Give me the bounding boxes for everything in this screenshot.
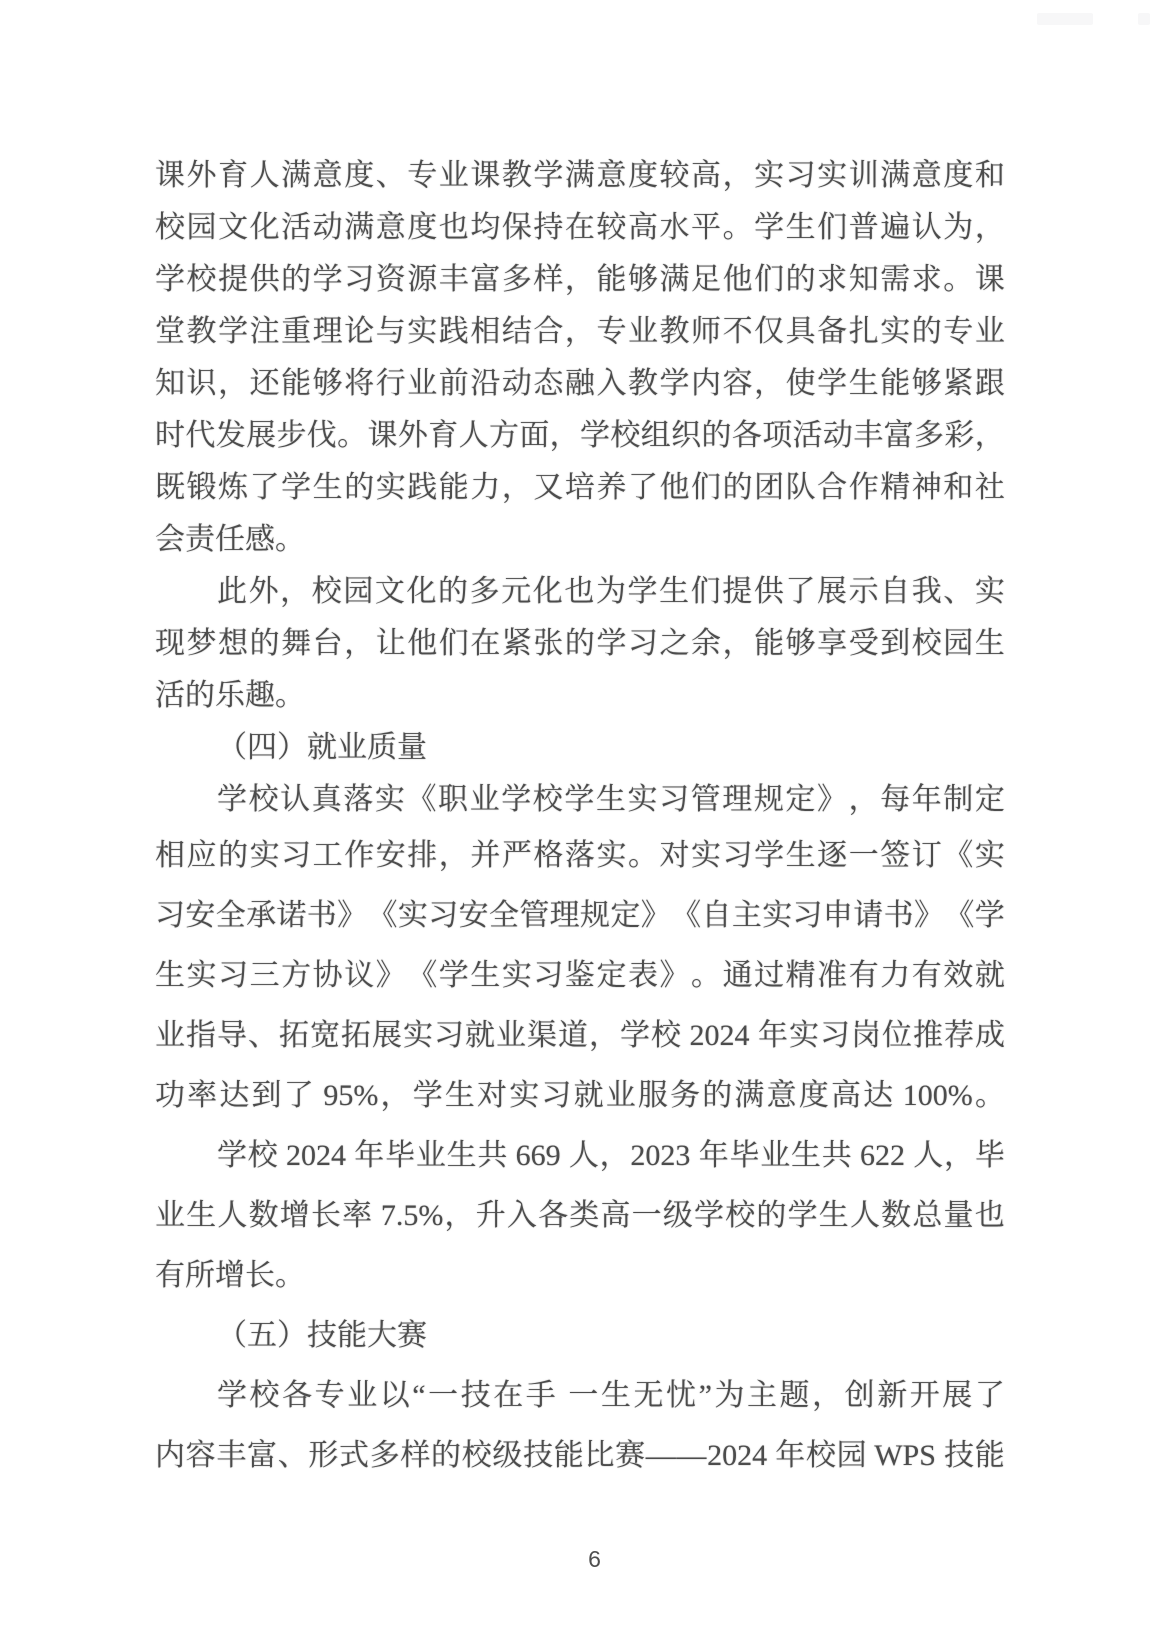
text-line: 课外育人满意度、专业课教学满意度较高，实习实训满意度和 <box>155 150 1005 202</box>
scan-artifact <box>1037 13 1093 25</box>
text-line: 生实习三方协议》《学生实习鉴定表》。通过精准有力有效就 <box>155 946 1005 1006</box>
text-line: 学校各专业以“一技在手 一生无忧”为主题，创新开展了 <box>155 1366 1005 1426</box>
text-line: 业指导、拓宽拓展实习就业渠道，学校 2024 年实习岗位推荐成 <box>155 1006 1005 1066</box>
text-line: 既锻炼了学生的实践能力，又培养了他们的团队合作精神和社 <box>155 462 1005 514</box>
page-number: 6 <box>0 1546 1157 1573</box>
text-line: 习安全承诺书》《实习安全管理规定》《自主实习申请书》《学 <box>155 886 1005 946</box>
text-line: 有所增长。 <box>155 1246 1005 1306</box>
text-line: 时代发展步伐。课外育人方面，学校组织的各项活动丰富多彩， <box>155 410 1005 462</box>
text-line: 学校 2024 年毕业生共 669 人，2023 年毕业生共 622 人，毕 <box>155 1126 1005 1186</box>
text-line: 会责任感。 <box>155 514 1005 566</box>
text-line: 内容丰富、形式多样的校级技能比赛——2024 年校园 WPS 技能 <box>155 1426 1005 1486</box>
text-block-lower: 相应的实习工作安排，并严格落实。对实习学生逐一签订《实 习安全承诺书》《实习安全… <box>155 826 1005 1486</box>
text-line: 功率达到了 95%，学生对实习就业服务的满意度高达 100%。 <box>155 1066 1005 1126</box>
scan-artifact <box>1138 13 1150 25</box>
text-line: 现梦想的舞台，让他们在紧张的学习之余，能够享受到校园生 <box>155 618 1005 670</box>
section-heading-4: （四）就业质量 <box>155 722 1005 774</box>
text-line: 业生人数增长率 7.5%，升入各类高一级学校的学生人数总量也 <box>155 1186 1005 1246</box>
text-line: 活的乐趣。 <box>155 670 1005 722</box>
text-line: 知识，还能够将行业前沿动态融入教学内容，使学生能够紧跟 <box>155 358 1005 410</box>
text-line: 学校认真落实《职业学校学生实习管理规定》，每年制定 <box>155 774 1005 826</box>
text-line: 堂教学注重理论与实践相结合，专业教师不仅具备扎实的专业 <box>155 306 1005 358</box>
text-line: 相应的实习工作安排，并严格落实。对实习学生逐一签订《实 <box>155 826 1005 886</box>
text-line: 校园文化活动满意度也均保持在较高水平。学生们普遍认为， <box>155 202 1005 254</box>
document-page: 课外育人满意度、专业课教学满意度较高，实习实训满意度和 校园文化活动满意度也均保… <box>0 0 1157 1636</box>
section-heading-5: （五）技能大赛 <box>155 1306 1005 1366</box>
text-block-upper: 课外育人满意度、专业课教学满意度较高，实习实训满意度和 校园文化活动满意度也均保… <box>155 150 1005 826</box>
text-line: 此外，校园文化的多元化也为学生们提供了展示自我、实 <box>155 566 1005 618</box>
text-line: 学校提供的学习资源丰富多样，能够满足他们的求知需求。课 <box>155 254 1005 306</box>
